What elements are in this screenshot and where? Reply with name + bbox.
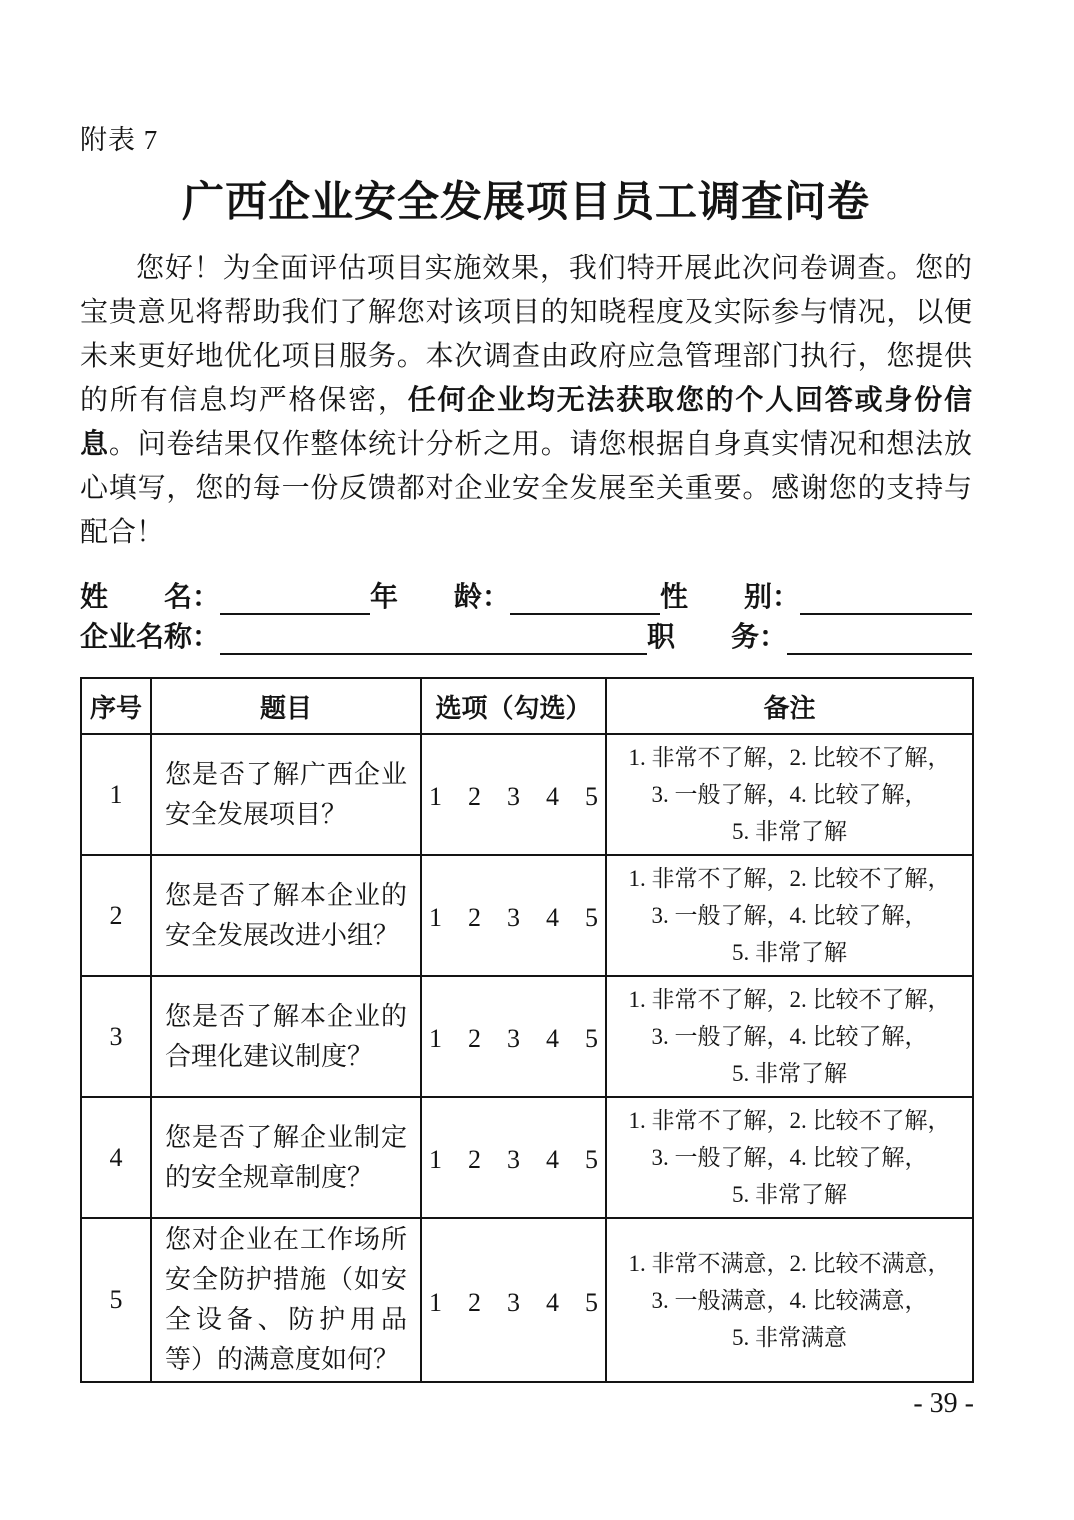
- row-number: 2: [81, 855, 151, 976]
- remark-cell: 1. 非常不了解，2. 比较不了解， 3. 一般了解，4. 比较了解， 5. 非…: [606, 1097, 973, 1218]
- question-text: 您是否了解企业制定的安全规章制度？: [151, 1097, 421, 1218]
- remark-line: 3. 一般了解，4. 比较了解，: [613, 897, 966, 934]
- col-header-options: 选项（勾选）: [421, 678, 606, 734]
- remark-line: 1. 非常不了解，2. 比较不了解，: [613, 1102, 966, 1139]
- remark-line: 5. 非常满意: [613, 1319, 966, 1356]
- options-scale[interactable]: 1 2 3 4 5: [421, 1218, 606, 1382]
- remark-line: 1. 非常不满意，2. 比较不满意，: [613, 1245, 966, 1282]
- col-header-remark: 备注: [606, 678, 973, 734]
- remark-line: 3. 一般了解，4. 比较了解，: [613, 1139, 966, 1176]
- remark-line: 5. 非常了解: [613, 934, 966, 971]
- table-header-row: 序号 题目 选项（勾选） 备注: [81, 678, 973, 734]
- col-header-question: 题目: [151, 678, 421, 734]
- row-number: 5: [81, 1218, 151, 1382]
- name-blank-line[interactable]: [220, 579, 370, 615]
- intro-paragraph: 您好！为全面评估项目实施效果，我们特开展此次问卷调查。您的宝贵意见将帮助我们了解…: [80, 247, 972, 555]
- appendix-label: 附表 7: [80, 118, 972, 157]
- position-blank-line[interactable]: [787, 619, 972, 655]
- options-scale[interactable]: 1 2 3 4 5: [421, 976, 606, 1097]
- survey-table: 序号 题目 选项（勾选） 备注 1 您是否了解广西企业安全发展项目？ 1 2 3…: [80, 677, 974, 1383]
- name-label: 姓 名：: [80, 575, 220, 615]
- table-row: 5 您对企业在工作场所安全防护措施（如安全设备、防护用品等）的满意度如何？ 1 …: [81, 1218, 973, 1382]
- age-blank-line[interactable]: [510, 579, 660, 615]
- field-row-1: 姓 名： 年 龄： 性 别：: [80, 575, 972, 615]
- age-label: 年 龄：: [370, 575, 510, 615]
- intro-text-2: 。问卷结果仅作整体统计分析之用。请您根据自身真实情况和想法放心填写，您的每一份反…: [80, 429, 972, 548]
- options-scale[interactable]: 1 2 3 4 5: [421, 734, 606, 855]
- remark-cell: 1. 非常不满意，2. 比较不满意， 3. 一般满意，4. 比较满意， 5. 非…: [606, 1218, 973, 1382]
- remark-cell: 1. 非常不了解，2. 比较不了解， 3. 一般了解，4. 比较了解， 5. 非…: [606, 976, 973, 1097]
- field-row-2: 企业名称： 职 务：: [80, 615, 972, 655]
- remark-line: 3. 一般满意，4. 比较满意，: [613, 1282, 966, 1319]
- page-number: - 39 -: [913, 1388, 974, 1420]
- page-title: 广西企业安全发展项目员工调查问卷: [80, 169, 972, 229]
- options-scale[interactable]: 1 2 3 4 5: [421, 1097, 606, 1218]
- company-label: 企业名称：: [80, 615, 220, 655]
- gender-blank-line[interactable]: [800, 579, 972, 615]
- remark-line: 1. 非常不了解，2. 比较不了解，: [613, 739, 966, 776]
- table-row: 1 您是否了解广西企业安全发展项目？ 1 2 3 4 5 1. 非常不了解，2.…: [81, 734, 973, 855]
- table-row: 2 您是否了解本企业的安全发展改进小组？ 1 2 3 4 5 1. 非常不了解，…: [81, 855, 973, 976]
- question-text: 您是否了解本企业的合理化建议制度？: [151, 976, 421, 1097]
- row-number: 3: [81, 976, 151, 1097]
- question-text: 您是否了解广西企业安全发展项目？: [151, 734, 421, 855]
- remark-line: 1. 非常不了解，2. 比较不了解，: [613, 860, 966, 897]
- question-text: 您是否了解本企业的安全发展改进小组？: [151, 855, 421, 976]
- remark-line: 3. 一般了解，4. 比较了解，: [613, 776, 966, 813]
- document-page: 附表 7 广西企业安全发展项目员工调查问卷 您好！为全面评估项目实施效果，我们特…: [0, 0, 1074, 1520]
- options-scale[interactable]: 1 2 3 4 5: [421, 855, 606, 976]
- position-label: 职 务：: [647, 615, 787, 655]
- table-row: 3 您是否了解本企业的合理化建议制度？ 1 2 3 4 5 1. 非常不了解，2…: [81, 976, 973, 1097]
- row-number: 4: [81, 1097, 151, 1218]
- gender-label: 性 别：: [660, 575, 800, 615]
- remark-line: 5. 非常了解: [613, 1055, 966, 1092]
- table-row: 4 您是否了解企业制定的安全规章制度？ 1 2 3 4 5 1. 非常不了解，2…: [81, 1097, 973, 1218]
- info-fields: 姓 名： 年 龄： 性 别： 企业名称： 职 务：: [80, 575, 972, 655]
- company-blank-line[interactable]: [220, 619, 647, 655]
- remark-line: 3. 一般了解，4. 比较了解，: [613, 1018, 966, 1055]
- remark-cell: 1. 非常不了解，2. 比较不了解， 3. 一般了解，4. 比较了解， 5. 非…: [606, 734, 973, 855]
- remark-line: 1. 非常不了解，2. 比较不了解，: [613, 981, 966, 1018]
- col-header-number: 序号: [81, 678, 151, 734]
- remark-line: 5. 非常了解: [613, 1176, 966, 1213]
- row-number: 1: [81, 734, 151, 855]
- remark-line: 5. 非常了解: [613, 813, 966, 850]
- question-text: 您对企业在工作场所安全防护措施（如安全设备、防护用品等）的满意度如何？: [151, 1218, 421, 1382]
- remark-cell: 1. 非常不了解，2. 比较不了解， 3. 一般了解，4. 比较了解， 5. 非…: [606, 855, 973, 976]
